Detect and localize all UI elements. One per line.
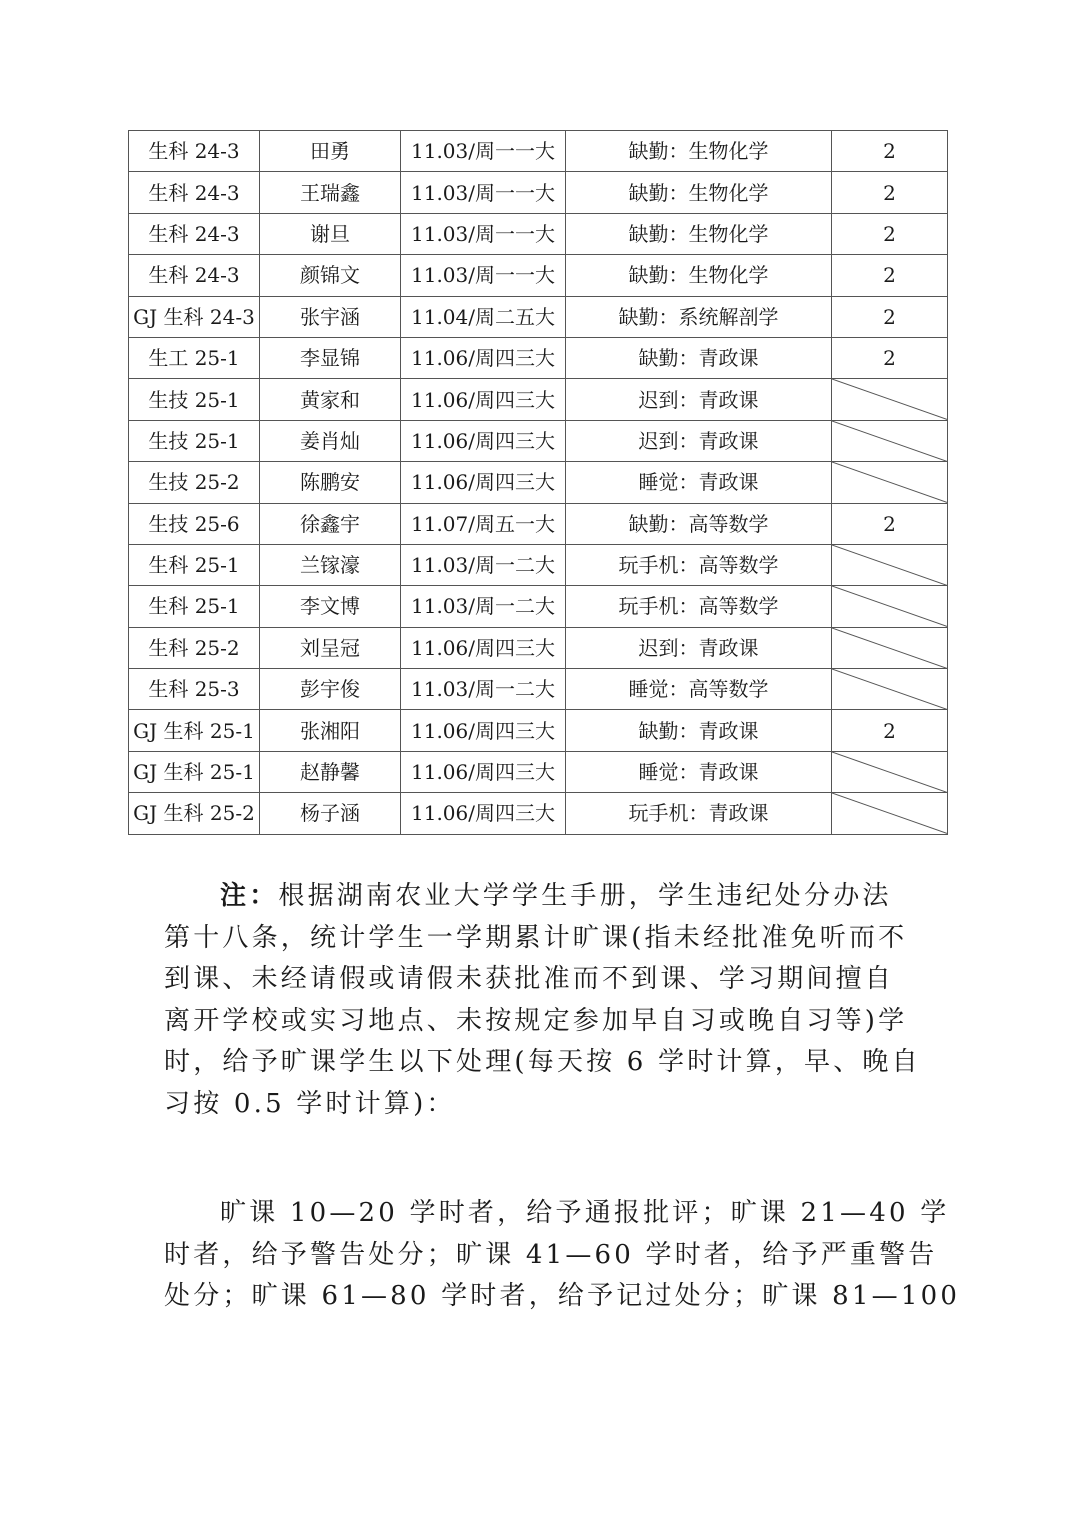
class-cell: 生技 25-2 xyxy=(129,462,260,503)
reason-cell: 迟到：青政课 xyxy=(566,627,832,668)
name-cell: 赵静馨 xyxy=(260,751,401,792)
reason-cell: 缺勤：生物化学 xyxy=(566,255,832,296)
hours-cell-empty-slash xyxy=(832,793,948,834)
reason-cell: 缺勤：生物化学 xyxy=(566,213,832,254)
hours-cell: 2 xyxy=(832,213,948,254)
note-paragraph-1: 注：根据湖南农业大学学生手册，学生违纪处分办法 第十八条，统计学生一学期累计旷课… xyxy=(164,876,914,1125)
document-page: 生科 24-3田勇11.03/周一一大缺勤：生物化学2生科 24-3王瑞鑫11.… xyxy=(0,0,1074,1520)
note-line: 旷课 10—20 学时者，给予通报批评；旷课 21—40 学 xyxy=(164,1193,914,1235)
time-cell: 11.06/周四三大 xyxy=(401,710,566,751)
table-body: 生科 24-3田勇11.03/周一一大缺勤：生物化学2生科 24-3王瑞鑫11.… xyxy=(129,131,948,835)
hours-cell-empty-slash xyxy=(832,669,948,710)
reason-cell: 缺勤：高等数学 xyxy=(566,503,832,544)
class-cell: 生技 25-1 xyxy=(129,379,260,420)
class-cell: GJ 生科 25-1 xyxy=(129,710,260,751)
time-cell: 11.03/周一一大 xyxy=(401,172,566,213)
class-cell: 生科 25-3 xyxy=(129,669,260,710)
hours-cell-empty-slash xyxy=(832,586,948,627)
table-row: 生工 25-1李显锦11.06/周四三大缺勤：青政课2 xyxy=(129,337,948,378)
name-cell: 张湘阳 xyxy=(260,710,401,751)
note-line: 到课、未经请假或请假未获批准而不到课、学习期间擅自 xyxy=(164,959,914,1001)
time-cell: 11.03/周一一大 xyxy=(401,131,566,172)
class-cell: 生科 25-1 xyxy=(129,544,260,585)
reason-cell: 迟到：青政课 xyxy=(566,379,832,420)
note-line: 离开学校或实习地点、未按规定参加早自习或晚自习等)学 xyxy=(164,1001,914,1043)
note-text: 根据湖南农业大学学生手册，学生违纪处分办法 xyxy=(278,881,891,911)
reason-cell: 玩手机：青政课 xyxy=(566,793,832,834)
time-cell: 11.03/周一一大 xyxy=(401,255,566,296)
reason-cell: 缺勤：青政课 xyxy=(566,337,832,378)
table-row: 生科 25-1兰镓濠11.03/周一二大玩手机：高等数学 xyxy=(129,544,948,585)
class-cell: GJ 生科 25-2 xyxy=(129,793,260,834)
diagonal-slash-icon xyxy=(832,752,947,792)
time-cell: 11.06/周四三大 xyxy=(401,793,566,834)
name-cell: 徐鑫宇 xyxy=(260,503,401,544)
reason-cell: 缺勤：生物化学 xyxy=(566,131,832,172)
name-cell: 彭宇俊 xyxy=(260,669,401,710)
table-row: 生技 25-2陈鹏安11.06/周四三大睡觉：青政课 xyxy=(129,462,948,503)
table-row: 生科 25-3彭宇俊11.03/周一二大睡觉：高等数学 xyxy=(129,669,948,710)
diagonal-slash-icon xyxy=(832,669,947,709)
table-row: GJ 生科 25-1赵静馨11.06/周四三大睡觉：青政课 xyxy=(129,751,948,792)
class-cell: 生科 24-3 xyxy=(129,131,260,172)
reason-cell: 睡觉：青政课 xyxy=(566,751,832,792)
hours-cell: 2 xyxy=(832,710,948,751)
class-cell: 生科 25-2 xyxy=(129,627,260,668)
reason-cell: 睡觉：高等数学 xyxy=(566,669,832,710)
time-cell: 11.06/周四三大 xyxy=(401,379,566,420)
time-cell: 11.03/周一二大 xyxy=(401,669,566,710)
note-line: 时者，给予警告处分；旷课 41—60 学时者，给予严重警告 xyxy=(164,1235,914,1277)
table-row: GJ 生科 24-3张宇涵11.04/周二五大缺勤：系统解剖学2 xyxy=(129,296,948,337)
time-cell: 11.06/周四三大 xyxy=(401,420,566,461)
table-row: 生科 25-1李文博11.03/周一二大玩手机：高等数学 xyxy=(129,586,948,627)
class-cell: 生科 24-3 xyxy=(129,213,260,254)
hours-cell: 2 xyxy=(832,255,948,296)
reason-cell: 缺勤：生物化学 xyxy=(566,172,832,213)
note-paragraph-2: 旷课 10—20 学时者，给予通报批评；旷课 21—40 学 时者，给予警告处分… xyxy=(164,1193,914,1318)
reason-cell: 迟到：青政课 xyxy=(566,420,832,461)
diagonal-slash-icon xyxy=(832,379,947,419)
time-cell: 11.03/周一二大 xyxy=(401,586,566,627)
table-row: 生技 25-6徐鑫宇11.07/周五一大缺勤：高等数学2 xyxy=(129,503,948,544)
discipline-record-table: 生科 24-3田勇11.03/周一一大缺勤：生物化学2生科 24-3王瑞鑫11.… xyxy=(128,130,948,835)
note-line: 习按 0.5 学时计算)： xyxy=(164,1084,914,1126)
hours-cell-empty-slash xyxy=(832,462,948,503)
hours-cell-empty-slash xyxy=(832,420,948,461)
hours-cell: 2 xyxy=(832,503,948,544)
name-cell: 王瑞鑫 xyxy=(260,172,401,213)
reason-cell: 玩手机：高等数学 xyxy=(566,586,832,627)
name-cell: 陈鹏安 xyxy=(260,462,401,503)
table-row: 生科 25-2刘呈冠11.06/周四三大迟到：青政课 xyxy=(129,627,948,668)
reason-cell: 缺勤：系统解剖学 xyxy=(566,296,832,337)
name-cell: 黄家和 xyxy=(260,379,401,420)
hours-cell: 2 xyxy=(832,172,948,213)
time-cell: 11.04/周二五大 xyxy=(401,296,566,337)
name-cell: 田勇 xyxy=(260,131,401,172)
table-row: 生科 24-3王瑞鑫11.03/周一一大缺勤：生物化学2 xyxy=(129,172,948,213)
name-cell: 李文博 xyxy=(260,586,401,627)
table-row: GJ 生科 25-1张湘阳11.06/周四三大缺勤：青政课2 xyxy=(129,710,948,751)
note-text: 旷课 10—20 学时者，给予通报批评；旷课 21—40 学 xyxy=(220,1198,949,1228)
name-cell: 谢旦 xyxy=(260,213,401,254)
class-cell: 生工 25-1 xyxy=(129,337,260,378)
name-cell: 杨子涵 xyxy=(260,793,401,834)
name-cell: 李显锦 xyxy=(260,337,401,378)
note-label: 注： xyxy=(220,881,278,911)
class-cell: 生科 24-3 xyxy=(129,172,260,213)
time-cell: 11.06/周四三大 xyxy=(401,627,566,668)
time-cell: 11.03/周一二大 xyxy=(401,544,566,585)
reason-cell: 缺勤：青政课 xyxy=(566,710,832,751)
table-row: 生科 24-3颜锦文11.03/周一一大缺勤：生物化学2 xyxy=(129,255,948,296)
diagonal-slash-icon xyxy=(832,545,947,585)
hours-cell-empty-slash xyxy=(832,544,948,585)
table-row: 生技 25-1黄家和11.06/周四三大迟到：青政课 xyxy=(129,379,948,420)
diagonal-slash-icon xyxy=(832,628,947,668)
reason-cell: 睡觉：青政课 xyxy=(566,462,832,503)
hours-cell: 2 xyxy=(832,337,948,378)
name-cell: 姜肖灿 xyxy=(260,420,401,461)
diagonal-slash-icon xyxy=(832,462,947,502)
table-row: 生科 24-3田勇11.03/周一一大缺勤：生物化学2 xyxy=(129,131,948,172)
note-line: 第十八条，统计学生一学期累计旷课(指未经批准免听而不 xyxy=(164,918,914,960)
name-cell: 张宇涵 xyxy=(260,296,401,337)
time-cell: 11.03/周一一大 xyxy=(401,213,566,254)
table-row: GJ 生科 25-2杨子涵11.06/周四三大玩手机：青政课 xyxy=(129,793,948,834)
hours-cell-empty-slash xyxy=(832,751,948,792)
hours-cell-empty-slash xyxy=(832,379,948,420)
name-cell: 颜锦文 xyxy=(260,255,401,296)
time-cell: 11.07/周五一大 xyxy=(401,503,566,544)
class-cell: GJ 生科 25-1 xyxy=(129,751,260,792)
class-cell: 生技 25-6 xyxy=(129,503,260,544)
table-row: 生技 25-1姜肖灿11.06/周四三大迟到：青政课 xyxy=(129,420,948,461)
hours-cell: 2 xyxy=(832,296,948,337)
table-row: 生科 24-3谢旦11.03/周一一大缺勤：生物化学2 xyxy=(129,213,948,254)
class-cell: 生科 25-1 xyxy=(129,586,260,627)
note-line: 注：根据湖南农业大学学生手册，学生违纪处分办法 xyxy=(164,876,914,918)
reason-cell: 玩手机：高等数学 xyxy=(566,544,832,585)
note-line: 处分；旷课 61—80 学时者，给予记过处分；旷课 81—100 xyxy=(164,1276,914,1318)
class-cell: 生技 25-1 xyxy=(129,420,260,461)
name-cell: 刘呈冠 xyxy=(260,627,401,668)
diagonal-slash-icon xyxy=(832,793,947,833)
hours-cell: 2 xyxy=(832,131,948,172)
class-cell: GJ 生科 24-3 xyxy=(129,296,260,337)
hours-cell-empty-slash xyxy=(832,627,948,668)
diagonal-slash-icon xyxy=(832,421,947,461)
diagonal-slash-icon xyxy=(832,586,947,626)
note-line: 时，给予旷课学生以下处理(每天按 6 学时计算，早、晚自 xyxy=(164,1042,914,1084)
time-cell: 11.06/周四三大 xyxy=(401,751,566,792)
time-cell: 11.06/周四三大 xyxy=(401,337,566,378)
class-cell: 生科 24-3 xyxy=(129,255,260,296)
time-cell: 11.06/周四三大 xyxy=(401,462,566,503)
name-cell: 兰镓濠 xyxy=(260,544,401,585)
